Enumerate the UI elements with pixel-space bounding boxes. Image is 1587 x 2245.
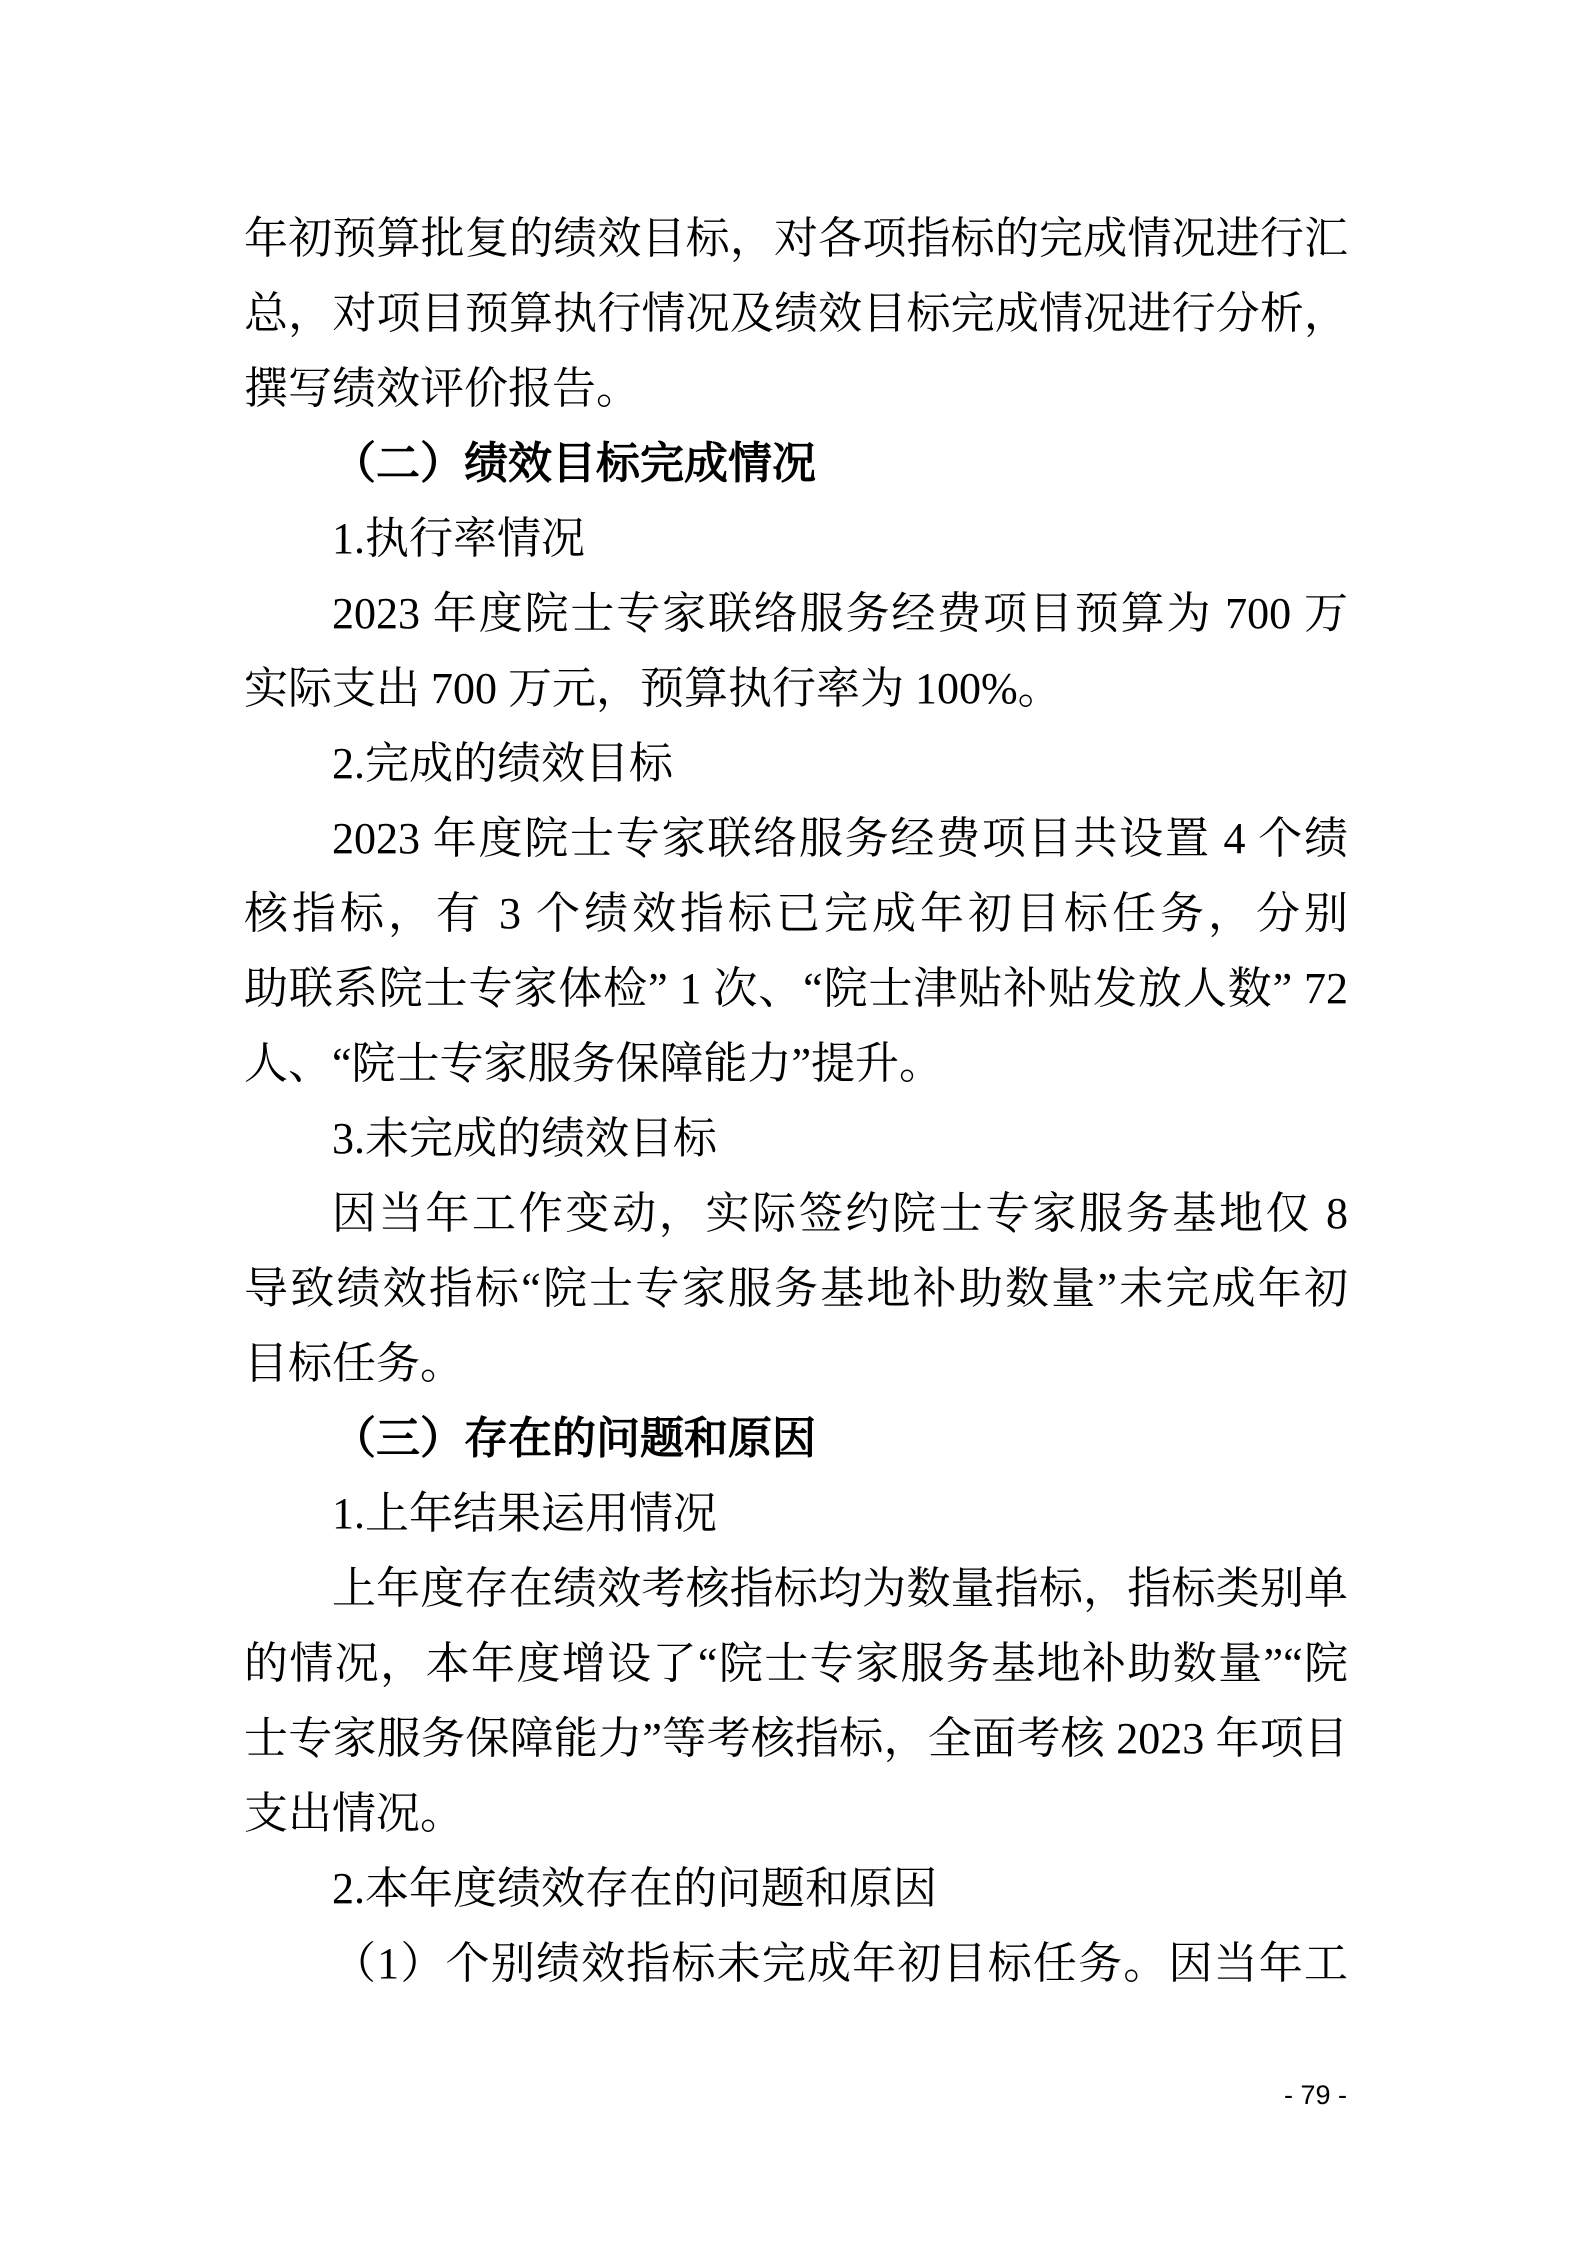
text-line: （1）个别绩效指标未完成年初目标任务。因当年工作 (244, 1926, 1348, 2001)
document-body: 年初预算批复的绩效目标，对各项指标的完成情况进行汇总，对项目预算执行情况及绩效目… (244, 201, 1348, 2001)
text-line: 助联系院士专家体检” 1 次、“院士津贴补贴发放人数” 72 (244, 951, 1348, 1026)
text-line: 导致绩效指标“院士专家服务基地补助数量”未完成年初 (244, 1251, 1348, 1326)
text-line: 上年度存在绩效考核指标均为数量指标，指标类别单一 (244, 1551, 1348, 1626)
text-line: 支出情况。 (244, 1776, 1348, 1851)
text-line: 2.完成的绩效目标 (244, 726, 1348, 801)
text-line: 因当年工作变动，实际签约院士专家服务基地仅 8 个， (244, 1176, 1348, 1251)
document-page: 年初预算批复的绩效目标，对各项指标的完成情况进行汇总，对项目预算执行情况及绩效目… (0, 0, 1587, 2245)
text-line: 的情况，本年度增设了“院士专家服务基地补助数量”“院 (244, 1626, 1348, 1701)
text-line: 总，对项目预算执行情况及绩效目标完成情况进行分析，并 (244, 276, 1348, 351)
text-line: 1.上年结果运用情况 (244, 1476, 1348, 1551)
text-line: 撰写绩效评价报告。 (244, 351, 1348, 426)
text-line: 核指标，有 3 个绩效指标已完成年初目标任务，分别为：“协 (244, 876, 1348, 951)
text-line: 3.未完成的绩效目标 (244, 1101, 1348, 1176)
text-line: 2023 年度院士专家联络服务经费项目预算为 700 万元， (244, 576, 1348, 651)
section-heading: （二）绩效目标完成情况 (244, 426, 1348, 501)
text-line: 年初预算批复的绩效目标，对各项指标的完成情况进行汇 (244, 201, 1348, 276)
text-line: 1.执行率情况 (244, 501, 1348, 576)
page-number: - 79 - (1284, 2078, 1347, 2112)
text-line: 人、“院士专家服务保障能力”提升。 (244, 1026, 1348, 1101)
text-line: 士专家服务保障能力”等考核指标，全面考核 2023 年项目 (244, 1701, 1348, 1776)
text-line: 2.本年度绩效存在的问题和原因 (244, 1851, 1348, 1926)
text-line: 实际支出 700 万元，预算执行率为 100%。 (244, 651, 1348, 726)
text-line: 2023 年度院士专家联络服务经费项目共设置 4 个绩效考 (244, 801, 1348, 876)
text-line: 目标任务。 (244, 1326, 1348, 1401)
section-heading: （三）存在的问题和原因 (244, 1401, 1348, 1476)
